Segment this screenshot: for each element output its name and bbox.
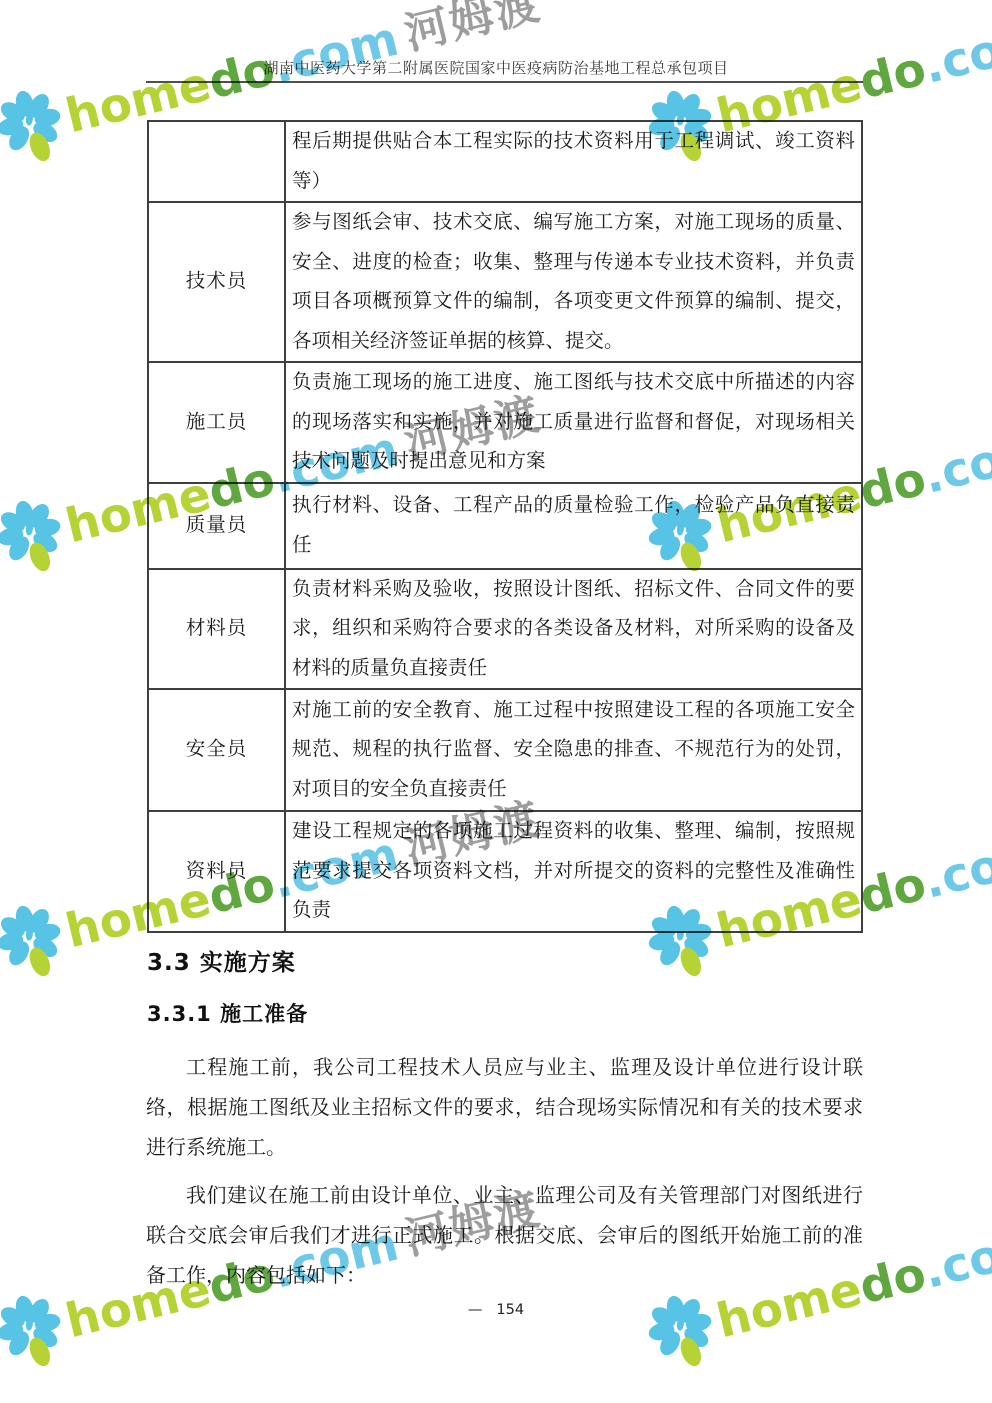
watermark-text-com: .com xyxy=(268,15,402,90)
homedo-flower-icon xyxy=(0,491,74,582)
duty-cell: 程后期提供贴合本工程实际的技术资料用于工程调试、竣工资料等） xyxy=(285,121,862,202)
table-row: 安全员 对施工前的安全教育、施工过程中按照建设工程的各项施工安全规范、规程的执行… xyxy=(148,689,862,811)
homedo-flower-icon xyxy=(0,1286,74,1377)
table-row: 程后期提供贴合本工程实际的技术资料用于工程调试、竣工资料等） xyxy=(148,121,862,202)
watermark-text-do: do xyxy=(855,455,930,516)
homedo-flower-icon xyxy=(0,896,74,987)
role-cell xyxy=(148,121,285,202)
table-row: 材料员 负责材料采购及验收，按照设计图纸、招标文件、合同文件的要求，组织和采购符… xyxy=(148,569,862,690)
watermark-text-com: .com xyxy=(919,830,992,905)
duty-cell: 对施工前的安全教育、施工过程中按照建设工程的各项施工安全规范、规程的执行监督、安… xyxy=(285,689,862,811)
table-row: 资料员 建设工程规定的各项施工过程资料的收集、整理、编制，按照规范要求提交各项资… xyxy=(148,811,862,932)
role-cell: 质量员 xyxy=(148,483,285,569)
watermark-text-cn: 河姆渡 xyxy=(401,0,545,57)
page-number-value: 154 xyxy=(496,1302,524,1318)
body-paragraph: 我们建议在施工前由设计单位、业主、监理公司及有关管理部门对图纸进行联合交底会审后… xyxy=(146,1176,863,1296)
table-row: 施工员 负责施工现场的施工进度、施工图纸与技术交底中所描述的内容的现场落实和实施… xyxy=(148,362,862,483)
homedo-flower-icon xyxy=(637,1286,725,1377)
page-header-title: 湖南中医药大学第二附属医院国家中医疫病防治基地工程总承包项目 xyxy=(0,57,992,78)
document-page: 湖南中医药大学第二附属医院国家中医疫病防治基地工程总承包项目 程后期提供贴合本工… xyxy=(0,0,992,1403)
watermark-text-do: do xyxy=(855,860,930,921)
role-cell: 资料员 xyxy=(148,811,285,932)
page-number-dash: — xyxy=(468,1302,483,1318)
header-rule xyxy=(146,81,863,83)
role-cell: 技术员 xyxy=(148,202,285,362)
table-row: 质量员 执行材料、设备、工程产品的质量检验工作，检验产品负直接责任 xyxy=(148,483,862,569)
section-heading-3-3-1: 3.3.1 施工准备 xyxy=(147,998,308,1028)
duty-cell: 参与图纸会审、技术交底、编写施工方案，对施工现场的质量、安全、进度的检查；收集、… xyxy=(285,202,862,362)
watermark-text-com: .com xyxy=(919,425,992,500)
page-number: —154 xyxy=(0,1302,992,1318)
table-row: 技术员 参与图纸会审、技术交底、编写施工方案，对施工现场的质量、安全、进度的检查… xyxy=(148,202,862,362)
duty-cell: 执行材料、设备、工程产品的质量检验工作，检验产品负直接责任 xyxy=(285,483,862,569)
duty-cell: 建设工程规定的各项施工过程资料的收集、整理、编制，按照规范要求提交各项资料文档，… xyxy=(285,811,862,932)
homedo-flower-icon xyxy=(0,81,74,172)
role-cell: 施工员 xyxy=(148,362,285,483)
responsibilities-table: 程后期提供贴合本工程实际的技术资料用于工程调试、竣工资料等） 技术员 参与图纸会… xyxy=(147,120,863,933)
body-paragraph: 工程施工前，我公司工程技术人员应与业主、监理及设计单位进行设计联络，根据施工图纸… xyxy=(146,1048,863,1168)
role-cell: 材料员 xyxy=(148,569,285,690)
section-heading-3-3: 3.3 实施方案 xyxy=(147,944,296,977)
watermark-text-com: .com xyxy=(919,1220,992,1295)
watermark-text-com: .com xyxy=(919,15,992,90)
role-cell: 安全员 xyxy=(148,689,285,811)
duty-cell: 负责施工现场的施工进度、施工图纸与技术交底中所描述的内容的现场落实和实施，并对施… xyxy=(285,362,862,483)
duty-cell: 负责材料采购及验收，按照设计图纸、招标文件、合同文件的要求，组织和采购符合要求的… xyxy=(285,569,862,690)
